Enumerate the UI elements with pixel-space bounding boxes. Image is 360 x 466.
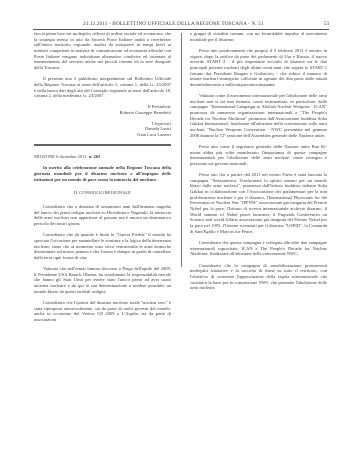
- column-divider: [181, 33, 182, 267]
- paragraph: Preso atto come il segretario generale d…: [190, 144, 327, 167]
- president-name: Roberto Giuseppe Benedetti: [34, 110, 171, 116]
- paragraph: e gruppi di cittadini comuni, con un for…: [190, 31, 327, 42]
- motion-title: In merito alla celebrazione annuale nell…: [34, 165, 171, 182]
- page-number: 53: [324, 21, 330, 27]
- paragraph: Considerato che questa campagna è colleg…: [190, 240, 327, 257]
- council-heading: IL CONSIGLIO REGIONALE: [34, 190, 171, 196]
- paragraph: Valutato come il movimento internazional…: [190, 93, 327, 138]
- paragraph: Preso atto positivamente che proprio il …: [190, 48, 327, 88]
- paragraph: Considerato che l'ipotesi del disarmo nu…: [34, 300, 171, 323]
- header-rule: [33, 29, 329, 30]
- paragraph: faccia piena luce sui molteplici rifless…: [34, 31, 171, 71]
- paragraph: Valutato che nell'ormai famoso discorso …: [34, 266, 171, 294]
- left-column: faccia piena luce sui molteplici rifless…: [34, 31, 171, 328]
- secretary-name: Gian Luca Lazzeri: [34, 132, 171, 138]
- section-separator: [34, 144, 171, 146]
- paragraph: Preso atto che a partire dal 2011 nel no…: [190, 172, 327, 234]
- bulletin-title: 21.12.2011 - BOLLETTINO UFFICIALE DELLA …: [83, 21, 264, 27]
- paragraph: Considerato che a distanza di sessantase…: [34, 204, 171, 227]
- paragraph: Considerato che da quando è finita la "G…: [34, 232, 171, 260]
- right-column: e gruppi di cittadini comuni, con un for…: [190, 31, 327, 296]
- paragraph: Considerato che la campagna di sensibili…: [190, 263, 327, 291]
- motion-id: MOZIONE 6 dicembre 2011, n. 265: [34, 154, 171, 160]
- paragraph: Il presente atto è pubblicato integralme…: [34, 76, 171, 99]
